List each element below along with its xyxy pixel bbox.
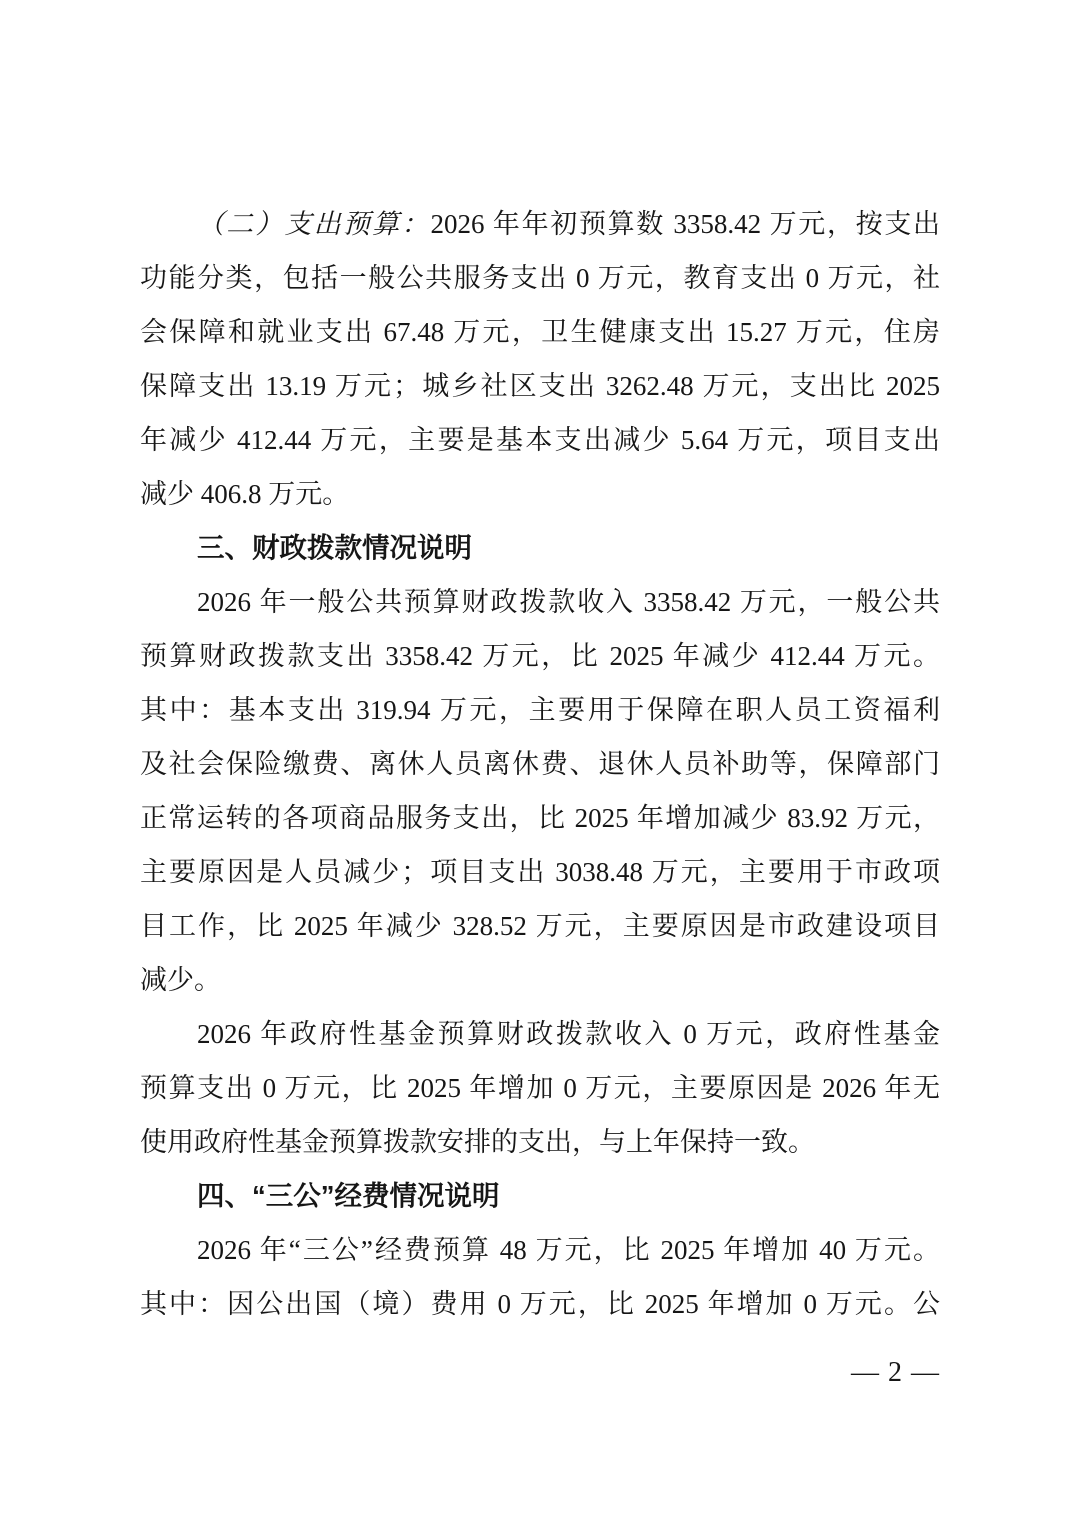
text-line: 正常运转的各项商品服务支出，比 2025 年增加减少 83.92 万元，: [140, 791, 940, 845]
text-line: 保障支出 13.19 万元；城乡社区支出 3262.48 万元，支出比 2025: [140, 359, 940, 413]
text-line: 预算支出 0 万元，比 2025 年增加 0 万元，主要原因是 2026 年无: [140, 1061, 940, 1115]
text-line: 2026 年政府性基金预算财政拨款收入 0 万元，政府性基金: [140, 1007, 940, 1061]
text-line: 目工作，比 2025 年减少 328.52 万元，主要原因是市政建设项目: [140, 899, 940, 953]
document-page: （二）支出预算：2026 年年初预算数 3358.42 万元，按支出 功能分类，…: [0, 0, 1074, 1520]
text-line: 其中：基本支出 319.94 万元，主要用于保障在职人员工资福利: [140, 683, 940, 737]
paragraph-expenditure-budget: （二）支出预算：2026 年年初预算数 3358.42 万元，按支出 功能分类，…: [140, 197, 940, 521]
text-line: 使用政府性基金预算拨款安排的支出，与上年保持一致。: [140, 1115, 940, 1169]
text-line: 其中：因公出国（境）费用 0 万元，比 2025 年增加 0 万元。公: [140, 1277, 940, 1331]
text-line: 及社会保险缴费、离休人员离休费、退休人员补助等，保障部门: [140, 737, 940, 791]
text-line: 主要原因是人员减少；项目支出 3038.48 万元，主要用于市政项: [140, 845, 940, 899]
text-line: 预算财政拨款支出 3358.42 万元，比 2025 年减少 412.44 万元…: [140, 629, 940, 683]
section-heading-sangong-expenses: 四、“三公”经费情况说明: [140, 1169, 940, 1223]
section-heading-fiscal-appropriation: 三、财政拨款情况说明: [140, 521, 940, 575]
text-line-segment: 2026 年年初预算数 3358.42 万元，按支出: [430, 209, 940, 239]
footer-page-number: — 2 —: [851, 1346, 940, 1400]
text-line: 年减少 412.44 万元，主要是基本支出减少 5.64 万元，项目支出: [140, 413, 940, 467]
text-line: 2026 年“三公”经费预算 48 万元，比 2025 年增加 40 万元。: [140, 1223, 940, 1277]
paragraph-general-public-budget: 2026 年一般公共预算财政拨款收入 3358.42 万元，一般公共 预算财政拨…: [140, 575, 940, 1007]
paragraph-lead-label: （二）支出预算：: [197, 209, 430, 239]
paragraph-sangong-expenses: 2026 年“三公”经费预算 48 万元，比 2025 年增加 40 万元。 其…: [140, 1223, 940, 1331]
text-line: 功能分类，包括一般公共服务支出 0 万元，教育支出 0 万元，社: [140, 251, 940, 305]
document-text-area: （二）支出预算：2026 年年初预算数 3358.42 万元，按支出 功能分类，…: [140, 197, 940, 1331]
text-line: 2026 年一般公共预算财政拨款收入 3358.42 万元，一般公共: [140, 575, 940, 629]
text-line: 减少。: [140, 953, 940, 1007]
text-line: 减少 406.8 万元。: [140, 467, 940, 521]
text-line: 会保障和就业支出 67.48 万元，卫生健康支出 15.27 万元，住房: [140, 305, 940, 359]
paragraph-government-fund-budget: 2026 年政府性基金预算财政拨款收入 0 万元，政府性基金 预算支出 0 万元…: [140, 1007, 940, 1169]
text-line: （二）支出预算：2026 年年初预算数 3358.42 万元，按支出: [140, 197, 940, 251]
